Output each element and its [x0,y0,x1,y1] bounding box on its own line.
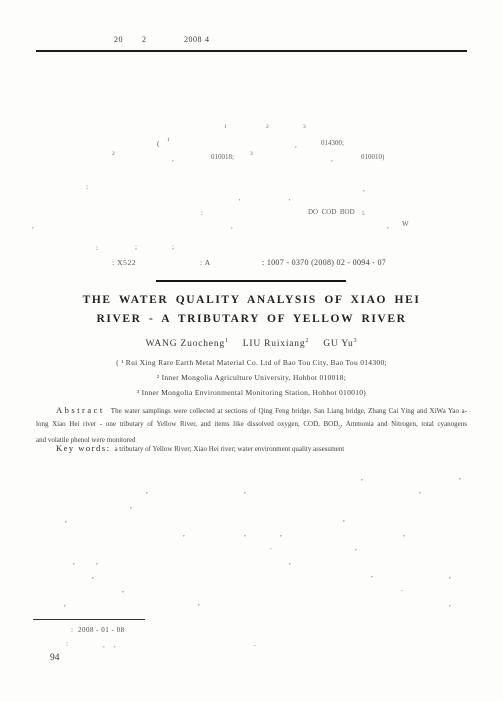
scan-fragment: ; [135,244,137,251]
footnote-rule [33,619,145,620]
scan-fragment: , [92,573,94,580]
keywords-label: Key words: [56,443,110,453]
title-line-2: RIVER - A TRIBUTARY OF YELLOW RIVER [0,310,503,329]
scan-fragment: 1 [224,125,227,131]
header-rule [36,50,467,52]
author-superscript: 2 [305,338,309,344]
scan-fragment: 2 [266,125,269,131]
scan-fragment: , [73,559,75,566]
scan-fragment: 1 [167,138,170,144]
scan-fragment: , [459,474,461,481]
author-name-text: LIU Ruixiang [243,339,306,349]
scan-fragment: , [331,156,333,163]
scan-fragment: ' [239,199,240,206]
scan-fragment: : [96,244,98,252]
scan-fragment: , [343,516,345,523]
scan-fragment: , [103,642,105,649]
abstract-label: Abstract [56,405,105,415]
scan-fragment: 2 [112,152,115,158]
english-title: THE WATER QUALITY ANALYSIS OF XIAO HEI R… [0,291,503,328]
scan-fragment: , [231,223,233,230]
scan-fragment: , [64,601,66,608]
scan-fragment: 010018; [211,154,234,161]
scan-fragment: . [401,586,403,593]
scan-fragment: 3 [303,125,306,131]
scan-fragment: , [32,223,34,230]
header-year: 2008 [184,35,202,44]
scan-fragment: : [86,183,88,191]
author-name: WANG Zuocheng1 [146,339,229,349]
scan-fragment: , [280,531,282,538]
scan-fragment: , [130,503,132,510]
scan-fragment: , [387,223,389,230]
scan-fragment: , [244,531,246,538]
author-name-text: WANG Zuocheng [146,339,225,349]
scan-fragment: . [254,641,256,648]
scan-fragment: . [270,544,272,551]
scan-fragment: , [449,573,451,580]
author-name: LIU Ruixiang2 [243,339,309,349]
scan-fragment: , [65,517,67,524]
page-container: 20 2 2008 4 123(1,014300;2,010018;3,0100… [0,0,503,701]
document-code: : A [200,258,211,267]
author-superscript: 1 [225,338,229,344]
scan-fragment: , [96,559,98,566]
author-superscript: 3 [354,338,358,344]
scan-fragment: ; [172,244,174,251]
abstract-text-line: AbstractThe water samplings were collect… [36,404,467,418]
scan-fragment: , [295,142,297,149]
title-line-1: THE WATER QUALITY ANALYSIS OF XIAO HEI [0,291,503,310]
affiliation-line: ² Inner Mongolia Agriculture University,… [0,370,503,385]
abstract-text: , Ammonia and Nitrogen, total cyanogens [341,420,467,428]
header-month: 4 [205,35,210,44]
scan-fragment: , [355,545,357,552]
keywords-text: a tributary of Yellow River; Xiao Hei ri… [114,445,344,453]
body-marks-layer: ,,,,,,,,,,,,.,,,,,,,,.,,, [0,0,503,701]
scan-fragment: , [114,642,116,649]
scan-fragment: , [146,488,148,495]
abstract-text: long Xiao Hei river - one tributary of Y… [36,420,338,428]
abstract-text-line: long Xiao Hei river - one tributary of Y… [36,418,467,434]
scan-fragment: , [172,156,174,163]
author-name: GU Yu3 [323,339,357,349]
scan-fragment: , [289,559,291,566]
page-number: 94 [50,653,60,663]
affiliations-block: ( ¹ Rui Xing Rare Earth Metal Material C… [0,355,503,400]
scan-fragment: W [402,221,409,228]
abstract-block: AbstractThe water samplings were collect… [36,404,467,447]
header-volume: 20 [114,35,123,44]
scan-fragment: ' [289,199,290,206]
section-divider [156,280,346,282]
scan-fragment: : [201,209,203,217]
scan-fragment: 5 [362,212,365,217]
scan-fragment: , [403,531,405,538]
article-number: : 1007 - 0370 (2008) 02 - 0094 - 07 [262,258,386,267]
scan-fragments-layer: 123(1,014300;2,010018;3,010010):,'':DO C… [0,0,503,701]
scan-fragment: , [363,186,365,193]
scan-fragment: , [361,475,363,482]
clc-number: : X522 [112,258,136,267]
scan-fragment: , [183,531,185,538]
scan-fragment: DO COD BOD [308,209,355,216]
scan-fragment: , [449,601,451,608]
scan-fragment: 010010) [361,154,384,161]
keywords-line: Key words:a tributary of Yellow River; X… [36,443,467,453]
author-name-text: GU Yu [323,339,353,349]
scan-fragment: ( [157,140,160,148]
scan-fragment: , [419,488,421,495]
scan-fragment: : [66,641,68,648]
scan-fragment: 014300; [321,140,344,147]
scan-fragment: , [244,488,246,495]
affiliation-line: ³ Inner Mongolia Environmental Monitorin… [0,385,503,400]
scan-fragment: , [371,572,373,579]
authors-row: WANG Zuocheng1LIU Ruixiang2GU Yu3 [0,338,503,349]
header-issue: 2 [142,35,147,44]
abstract-text: The water samplings were collected at se… [111,407,467,415]
received-date: : 2008 - 01 - 08 [71,626,125,634]
affiliation-line: ( ¹ Rui Xing Rare Earth Metal Material C… [0,355,503,370]
scan-fragment: , [198,600,200,607]
scan-fragment: 3 [250,152,253,158]
scan-fragment: , [122,587,124,594]
